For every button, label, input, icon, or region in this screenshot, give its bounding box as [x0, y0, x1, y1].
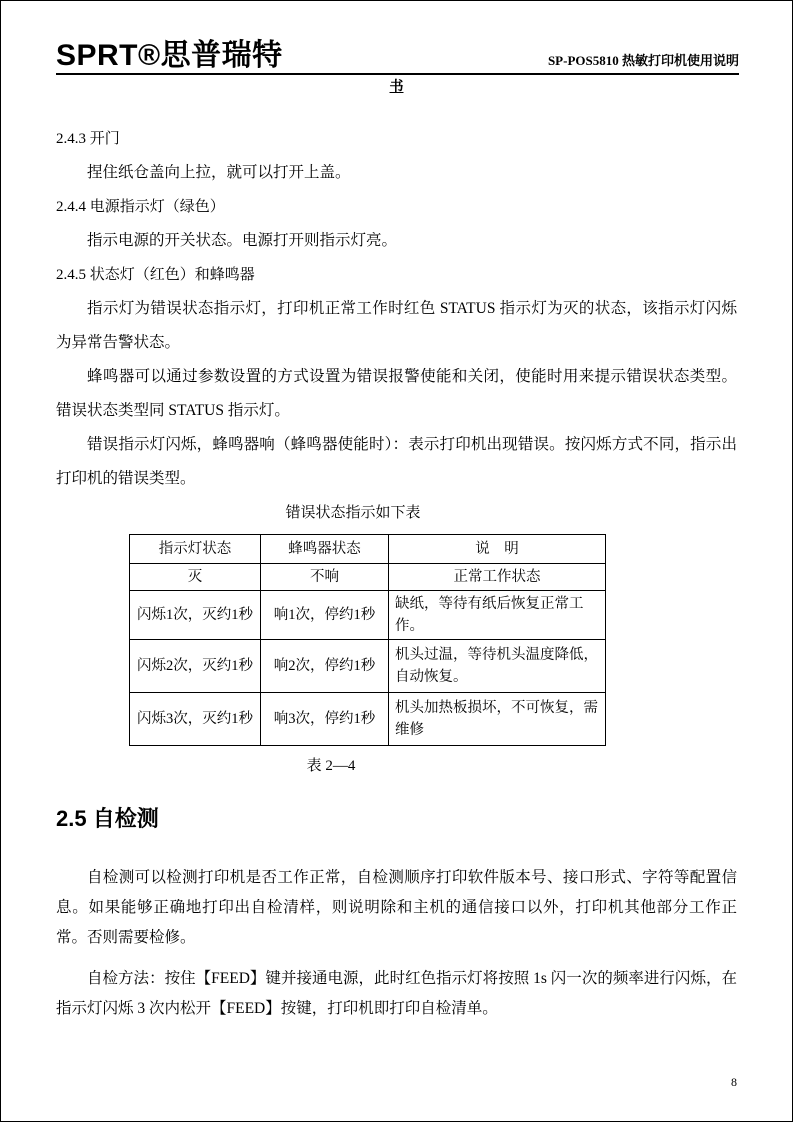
page-header: SPRT®思普瑞特 SP-POS5810 热敏打印机使用说明: [56, 1, 739, 75]
brand-logo: SPRT®思普瑞特: [56, 41, 283, 71]
table-cell: 响3次，停约1秒: [261, 693, 389, 746]
error-table-caption: 表 2—4: [56, 756, 606, 776]
document-title: SP-POS5810 热敏打印机使用说明: [548, 54, 739, 71]
table-header-description: 说 明: [389, 535, 606, 564]
error-table-intro: 错误状态指示如下表: [56, 496, 650, 530]
table-cell: 机头过温，等待机头温度降低，自动恢复。: [389, 640, 606, 693]
document-page: SPRT®思普瑞特 SP-POS5810 热敏打印机使用说明 书 2.4.3 开…: [0, 0, 793, 1122]
table-cell: 缺纸，等待有纸后恢复正常工作。: [389, 591, 606, 640]
paragraph: 蜂鸣器可以通过参数设置的方式设置为错误报警使能和关闭，使能时用来提示错误状态类型…: [56, 360, 737, 428]
table-row: 闪烁1次，灭约1秒 响1次，停约1秒 缺纸，等待有纸后恢复正常工作。: [130, 591, 606, 640]
table-cell: 响1次，停约1秒: [261, 591, 389, 640]
table-cell: 不响: [261, 564, 389, 591]
section-heading-25: 2.5 自检测: [56, 804, 737, 834]
paragraph: 捏住纸仓盖向上拉，就可以打开上盖。: [56, 156, 737, 190]
table-cell: 灭: [130, 564, 261, 591]
table-cell: 闪烁1次，灭约1秒: [130, 591, 261, 640]
section-heading-244: 2.4.4 电源指示灯（绿色）: [56, 190, 737, 224]
page-number: 8: [731, 1075, 737, 1089]
document-body: 2.4.3 开门 捏住纸仓盖向上拉，就可以打开上盖。 2.4.4 电源指示灯（绿…: [56, 122, 737, 1024]
paragraph: 指示电源的开关状态。电源打开则指示灯亮。: [56, 224, 737, 258]
table-header-indicator: 指示灯状态: [130, 535, 261, 564]
error-status-table: 指示灯状态 蜂鸣器状态 说 明 灭 不响 正常工作状态 闪烁1次，灭约1秒 响1…: [129, 534, 606, 746]
section-heading-245: 2.4.5 状态灯（红色）和蜂鸣器: [56, 258, 737, 292]
table-cell: 正常工作状态: [389, 564, 606, 591]
section-heading-243: 2.4.3 开门: [56, 122, 737, 156]
header-center-character: 书: [1, 79, 792, 97]
table-row: 灭 不响 正常工作状态: [130, 564, 606, 591]
paragraph: 错误指示灯闪烁，蜂鸣器响（蜂鸣器使能时）：表示打印机出现错误。按闪烁方式不同，指…: [56, 428, 737, 496]
table-cell: 机头加热板损坏，不可恢复，需维修: [389, 693, 606, 746]
table-row: 闪烁2次，灭约1秒 响2次，停约1秒 机头过温，等待机头温度降低，自动恢复。: [130, 640, 606, 693]
table-header-row: 指示灯状态 蜂鸣器状态 说 明: [130, 535, 606, 564]
table-cell: 响2次，停约1秒: [261, 640, 389, 693]
header-center-character-text: 书: [390, 80, 404, 95]
paragraph: 自检方法：按住【FEED】键并接通电源，此时红色指示灯将按照 1s 闪一次的频率…: [56, 964, 737, 1024]
table-cell: 闪烁3次，灭约1秒: [130, 693, 261, 746]
paragraph: 指示灯为错误状态指示灯，打印机正常工作时红色 STATUS 指示灯为灭的状态，该…: [56, 292, 737, 360]
table-cell: 闪烁2次，灭约1秒: [130, 640, 261, 693]
paragraph: 自检测可以检测打印机是否工作正常，自检测顺序打印软件版本号、接口形式、字符等配置…: [56, 863, 737, 953]
table-header-buzzer: 蜂鸣器状态: [261, 535, 389, 564]
table-row: 闪烁3次，灭约1秒 响3次，停约1秒 机头加热板损坏，不可恢复，需维修: [130, 693, 606, 746]
